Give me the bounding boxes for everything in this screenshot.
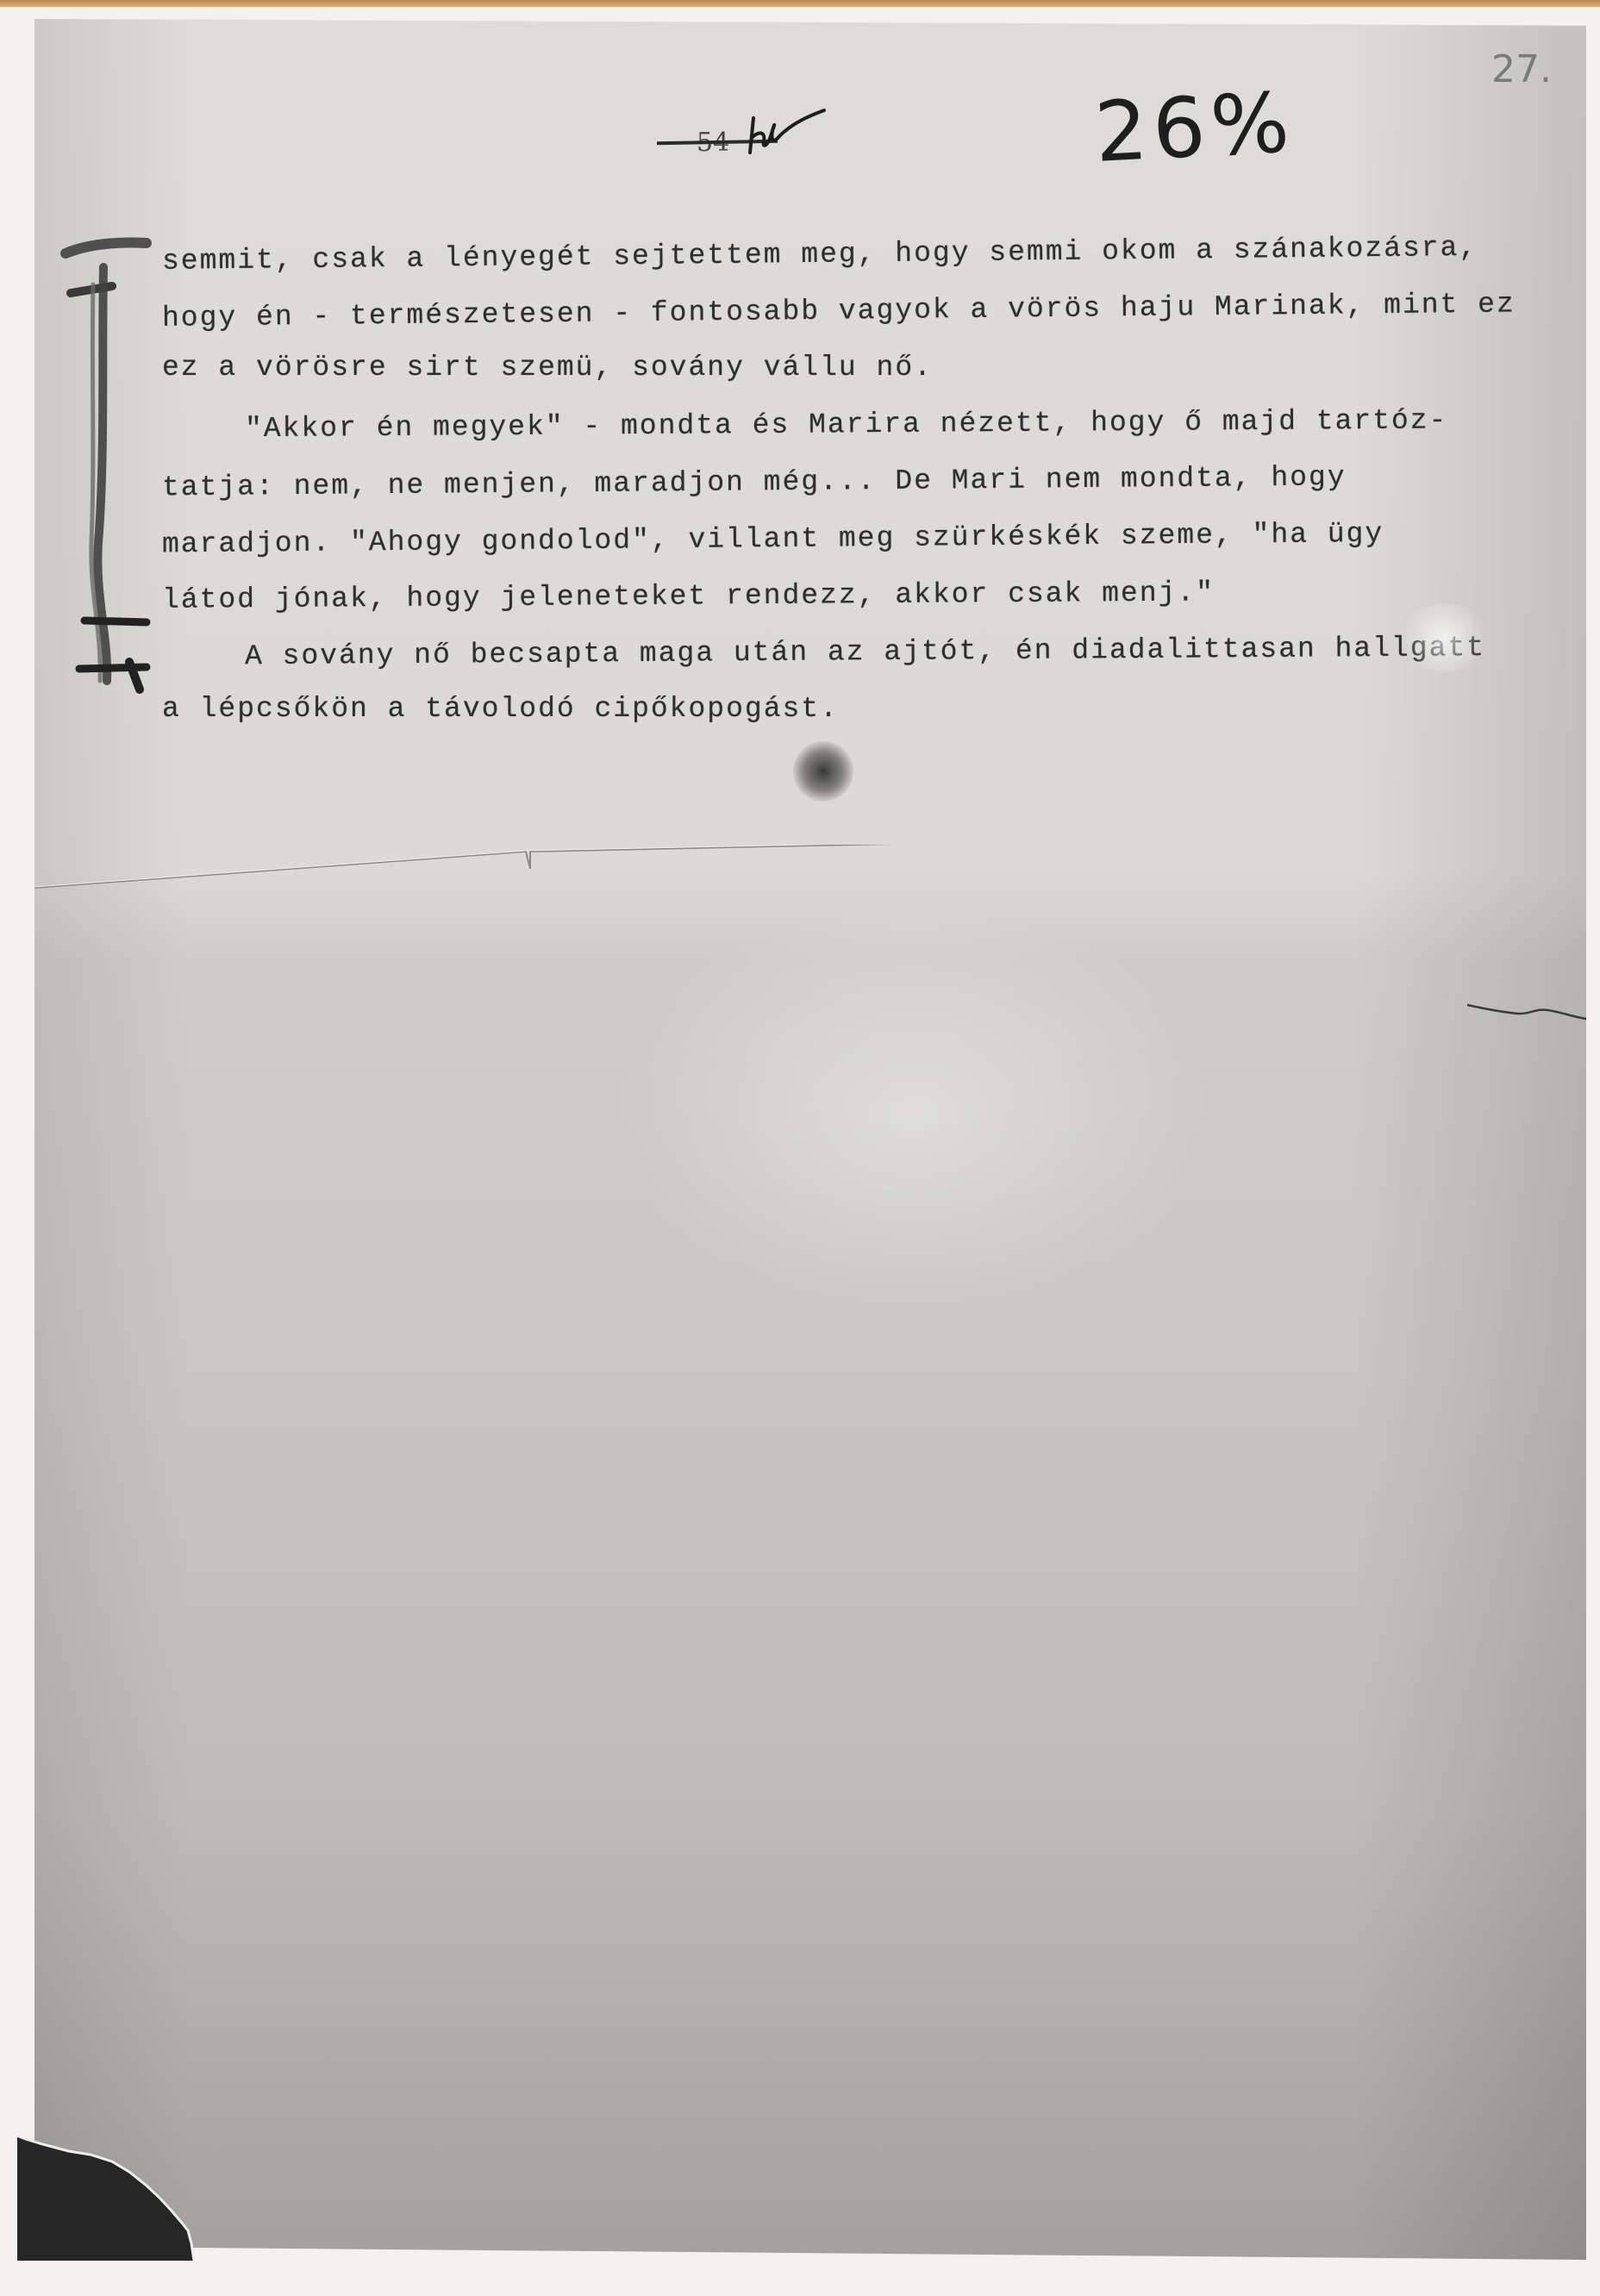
table-edge xyxy=(0,0,1600,7)
initials-mark xyxy=(741,105,828,157)
text-line: ez a vörösre sirt szemü, sovány vállu nő… xyxy=(162,340,1600,396)
page-number: 27. xyxy=(1491,47,1552,91)
fold-crease xyxy=(34,845,1586,931)
percent-annotation: 26% xyxy=(1092,74,1297,181)
margin-bracket-mark xyxy=(60,233,164,698)
torn-corner xyxy=(17,2136,198,2261)
paper-crack xyxy=(1466,1000,1586,1026)
water-stain xyxy=(1397,603,1491,672)
text-line: látod jónak, hogy jeleneteket rendezz, a… xyxy=(162,562,1600,629)
text-line: a lépcsőkön a távolodó cipőkopogást. xyxy=(162,681,1600,738)
text-line: A sovány nő becsapta maga után az ajtót,… xyxy=(162,619,1600,686)
typed-text-body: semmit, csak a lényegét sejtettem meg, h… xyxy=(162,226,1600,738)
ink-blot xyxy=(793,741,853,802)
